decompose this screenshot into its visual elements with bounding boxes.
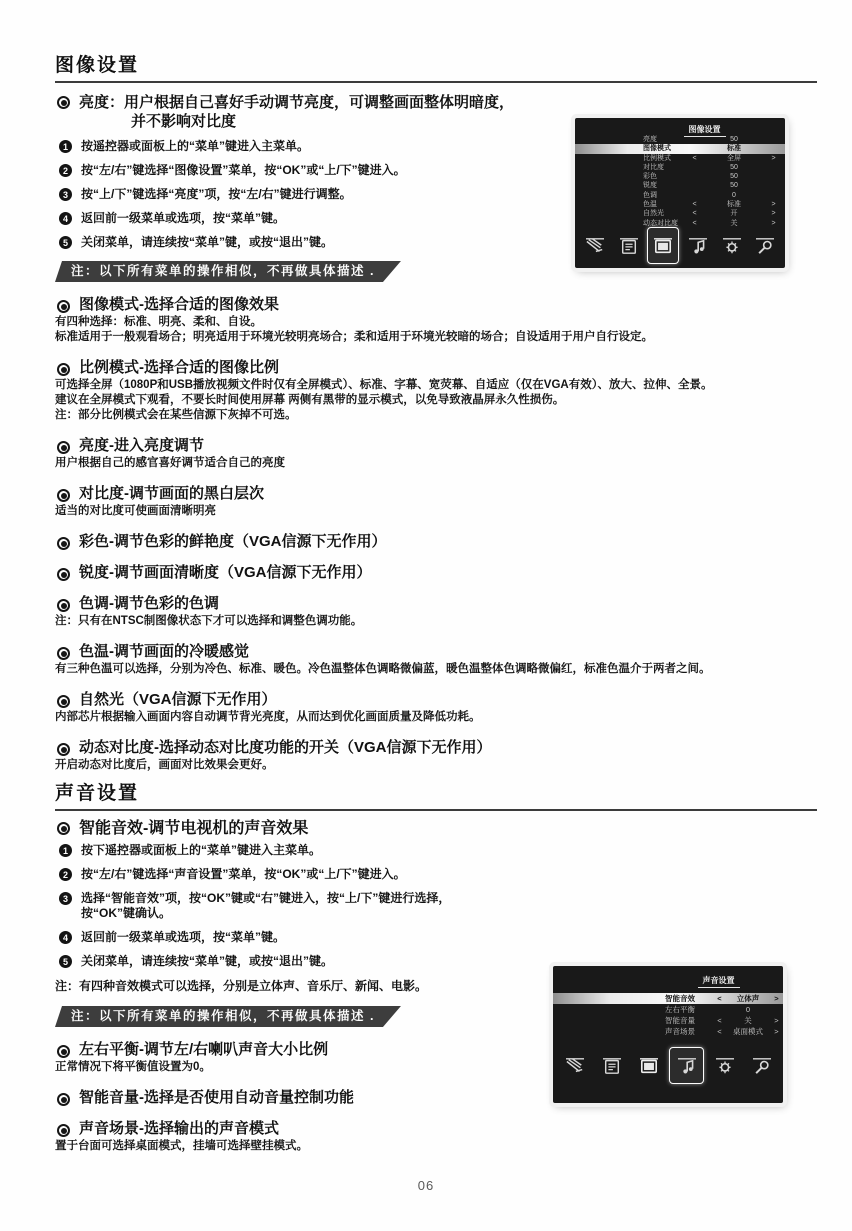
sound-osd-screenshot: 声音设置智能音效<立体声>左右平衡<0>智能音量<关>声音场景<桌面模式> <box>553 966 783 1103</box>
picture-icon <box>632 1047 665 1084</box>
step-item: 2按“左/右”键选择“声音设置”菜单，按“OK”或“上/下”键进入。 <box>59 867 817 882</box>
feature-desc: 标准适用于一般观看场合；明亮适用于环境光较明亮场合；柔和适用于环境光较暗的场合；… <box>55 330 817 345</box>
music-note-icon <box>669 1047 704 1084</box>
step-text: 按“左/右”键选择“图像设置”菜单，按“OK”或“上/下”键进入。 <box>81 163 406 178</box>
osd-icon-strip <box>558 1047 778 1084</box>
step-text: 返回前一级菜单或选项，按“菜单”键。 <box>81 930 285 945</box>
osd-row-value-text: 标准 <box>698 200 770 209</box>
feature-item: 彩色-调节色彩的鲜艳度（VGA信源下无作用） <box>55 534 817 550</box>
osd-icon-strip <box>580 227 780 264</box>
ring-bullet-icon <box>57 695 70 708</box>
osd-row-value: <50> <box>691 135 777 144</box>
osd-title: 声音设置 <box>671 975 766 988</box>
step-item: 1按下遥控器或面板上的“菜单”键进入主菜单。 <box>59 843 817 858</box>
feature-title-text: 图像模式-选择合适的图像效果 <box>79 297 279 313</box>
step-text: 按“上/下”键选择“亮度”项，按“左/右”键进行调整。 <box>81 187 352 202</box>
music-note-icon <box>683 227 713 264</box>
ring-bullet-icon <box>57 743 70 756</box>
step-number-badge: 3 <box>59 188 72 201</box>
step-item: 4返回前一级菜单或选项，按“菜单”键。 <box>59 930 817 945</box>
osd-row-label: 自然光 <box>643 209 664 218</box>
feature-desc: 适当的对比度可使画面清晰明亮 <box>55 504 817 519</box>
osd-row-value-text: 关 <box>723 1015 773 1026</box>
smart-sound-heading: 智能音效-调节电视机的声音效果 <box>57 819 817 839</box>
magnifier-icon <box>745 1047 778 1084</box>
osd-row-label: 智能音效 <box>665 993 695 1004</box>
feature-desc: 注：部分比例模式会在某些信源下灰掉不可选。 <box>55 408 817 423</box>
osd-row-value-text: 立体声 <box>723 993 773 1004</box>
feature-title-text: 色温-调节画面的冷暖感觉 <box>79 644 249 660</box>
osd-row: 比例模式<全屏> <box>575 154 785 163</box>
feature-desc: 有三种色温可以选择，分别为冷色、标准、暖色。冷色温整体色调略微偏蓝，暖色温整体色… <box>55 662 817 677</box>
osd-row-value-text: 50 <box>698 181 770 190</box>
osd-row-label: 色温 <box>643 200 657 209</box>
page-number: 06 <box>0 1178 852 1193</box>
step-text: 按“左/右”键选择“声音设置”菜单，按“OK”或“上/下”键进入。 <box>81 867 406 882</box>
step-line: 按“左/右”键选择“声音设置”菜单，按“OK”或“上/下”键进入。 <box>81 867 406 882</box>
feature-title: 动态对比度-选择动态对比度功能的开关（VGA信源下无作用） <box>57 740 817 756</box>
left-arrow-icon: < <box>716 1026 723 1037</box>
feature-title-text: 左右平衡-调节左/右喇叭声音大小比例 <box>79 1042 328 1058</box>
feature-title: 自然光（VGA信源下无作用） <box>57 692 817 708</box>
osd-row: 自然光<开> <box>575 209 785 218</box>
step-text: 按遥控器或面板上的“菜单”键进入主菜单。 <box>81 139 309 154</box>
osd-row: 对比度<50> <box>575 163 785 172</box>
feature-item: 动态对比度-选择动态对比度功能的开关（VGA信源下无作用）开启动态对比度后，画面… <box>55 740 817 773</box>
step-line: 按“左/右”键选择“图像设置”菜单，按“OK”或“上/下”键进入。 <box>81 163 406 178</box>
step-line: 关闭菜单，请连续按“菜单”键，或按“退出”键。 <box>81 235 333 250</box>
feature-item: 声音场景-选择输出的声音模式置于台面可选择桌面模式，挂墙可选择壁挂模式。 <box>55 1121 817 1154</box>
step-text: 关闭菜单，请连续按“菜单”键，或按“退出”键。 <box>81 235 333 250</box>
osd-row-value: <50> <box>691 181 777 190</box>
osd-row-value-text: 开 <box>698 209 770 218</box>
osd-row-value: <标准> <box>691 200 777 209</box>
right-arrow-icon: > <box>770 209 777 218</box>
osd-row-value: <0> <box>691 191 777 200</box>
feature-desc: 注：只有在NTSC制图像状态下才可以选择和调整色调功能。 <box>55 614 817 629</box>
magnifier-icon <box>750 227 780 264</box>
feature-title: 色调-调节色彩的色调 <box>57 596 817 612</box>
right-arrow-icon: > <box>773 1015 780 1026</box>
step-number-badge: 5 <box>59 955 72 968</box>
osd-row-value: <全屏> <box>691 154 777 163</box>
osd-row-label: 色调 <box>643 191 657 200</box>
osd-row: 智能音效<立体声> <box>553 993 783 1004</box>
feature-desc: 建议在全屏模式下观看，不要长时间使用屏幕 两侧有黑带的显示模式，以免导致液晶屏永… <box>55 393 817 408</box>
step-number-badge: 4 <box>59 931 72 944</box>
step-number-badge: 2 <box>59 868 72 881</box>
sound-section-title: 声音设置 <box>55 784 817 811</box>
step-text: 按下遥控器或面板上的“菜单”键进入主菜单。 <box>81 843 321 858</box>
osd-menu: 亮度<50>图像模式<标准>比例模式<全屏>对比度<50>彩色<50>锐度<50… <box>575 135 785 228</box>
right-arrow-icon: > <box>773 993 780 1004</box>
osd-row-label: 左右平衡 <box>665 1004 695 1015</box>
gear-icon <box>708 1047 741 1084</box>
feature-title-text: 比例模式-选择合适的图像比例 <box>79 360 279 376</box>
ring-bullet-icon <box>57 1045 70 1058</box>
osd-row-value-text: 50 <box>698 163 770 172</box>
feature-desc: 置于台面可选择桌面模式，挂墙可选择壁挂模式。 <box>55 1139 817 1154</box>
osd-row-label: 图像模式 <box>643 144 671 153</box>
osd-row: 智能音量<关> <box>553 1015 783 1026</box>
feature-title: 亮度-进入亮度调节 <box>57 438 817 454</box>
osd-row-value: <关> <box>716 1015 780 1026</box>
gear-icon <box>717 227 747 264</box>
feature-item: 比例模式-选择合适的图像比例可选择全屏（1080P和USB播放视频文件时仅有全屏… <box>55 360 817 423</box>
osd-row-label: 智能音量 <box>665 1015 695 1026</box>
left-arrow-icon: < <box>691 200 698 209</box>
step-item: 3选择“智能音效”项，按“OK”键或“右”键进入，按“上/下”键进行选择，按“O… <box>59 891 817 921</box>
ring-bullet-icon <box>57 489 70 502</box>
ring-bullet-icon <box>57 300 70 313</box>
satellite-dish-icon <box>558 1047 591 1084</box>
osd-row-label: 比例模式 <box>643 154 671 163</box>
feature-item: 自然光（VGA信源下无作用）内部芯片根据输入画面内容自动调节背光亮度，从而达到优… <box>55 692 817 725</box>
right-arrow-icon: > <box>770 200 777 209</box>
ring-bullet-icon <box>57 568 70 581</box>
feature-title-text: 彩色-调节色彩的鲜艳度（VGA信源下无作用） <box>79 534 387 550</box>
osd-row: 色温<标准> <box>575 200 785 209</box>
program-list-icon <box>614 227 644 264</box>
step-line: 按遥控器或面板上的“菜单”键进入主菜单。 <box>81 139 309 154</box>
step-number-badge: 5 <box>59 236 72 249</box>
osd-row-value-text: 桌面模式 <box>723 1026 773 1037</box>
feature-item: 图像模式-选择合适的图像效果有四种选择：标准、明亮、柔和、自设。标准适用于一般观… <box>55 297 817 345</box>
left-arrow-icon: < <box>716 993 723 1004</box>
osd-row-value: <立体声> <box>716 993 780 1004</box>
feature-desc: 用户根据自己的感官喜好调节适合自己的亮度 <box>55 456 817 471</box>
feature-title: 图像模式-选择合适的图像效果 <box>57 297 817 313</box>
feature-title-text: 动态对比度-选择动态对比度功能的开关（VGA信源下无作用） <box>79 740 492 756</box>
osd-row-value: <桌面模式> <box>716 1026 780 1037</box>
manual-page: 图像设置 亮度：用户根据自己喜好手动调节亮度，可调整画面整体明暗度， 并不影响对… <box>0 0 852 1231</box>
osd-row-label: 对比度 <box>643 163 664 172</box>
feature-title-text: 锐度-调节画面清晰度（VGA信源下无作用） <box>79 565 372 581</box>
osd-row-value-text: 50 <box>698 172 770 181</box>
right-arrow-icon: > <box>773 1026 780 1037</box>
feature-item: 对比度-调节画面的黑白层次适当的对比度可使画面清晰明亮 <box>55 486 817 519</box>
osd-row-label: 亮度 <box>643 135 657 144</box>
feature-item: 亮度-进入亮度调节用户根据自己的感官喜好调节适合自己的亮度 <box>55 438 817 471</box>
intro-line-1: 亮度：用户根据自己喜好手动调节亮度，可调整画面整体明暗度， <box>79 94 514 111</box>
ring-bullet-icon <box>57 363 70 376</box>
step-number-badge: 4 <box>59 212 72 225</box>
feature-title-text: 自然光（VGA信源下无作用） <box>79 692 277 708</box>
left-arrow-icon: < <box>691 209 698 218</box>
osd-row-value: <50> <box>691 163 777 172</box>
step-line: 按“上/下”键选择“亮度”项，按“左/右”键进行调整。 <box>81 187 352 202</box>
picture-osd-screenshot: 图像设置亮度<50>图像模式<标准>比例模式<全屏>对比度<50>彩色<50>锐… <box>575 118 785 268</box>
step-number-badge: 2 <box>59 164 72 177</box>
feature-title-text: 智能音量-选择是否使用自动音量控制功能 <box>79 1090 354 1106</box>
left-arrow-icon: < <box>691 154 698 163</box>
ring-bullet-icon <box>57 647 70 660</box>
program-list-icon <box>595 1047 628 1084</box>
feature-desc: 可选择全屏（1080P和USB播放视频文件时仅有全屏模式）、标准、字幕、宽荧幕、… <box>55 378 817 393</box>
ring-bullet-icon <box>57 441 70 454</box>
ring-bullet-icon <box>57 822 70 835</box>
ring-bullet-icon <box>57 537 70 550</box>
feature-desc: 开启动态对比度后，画面对比效果会更好。 <box>55 758 817 773</box>
ring-bullet-icon <box>57 1093 70 1106</box>
step-text: 关闭菜单，请连续按“菜单”键，或按“退出”键。 <box>81 954 333 969</box>
step-text: 返回前一级菜单或选项，按“菜单”键。 <box>81 211 285 226</box>
osd-row-value-text: 50 <box>698 135 770 144</box>
intro-line-2: 并不影响对比度 <box>79 112 514 131</box>
feature-desc: 有四种选择：标准、明亮、柔和、自设。 <box>55 315 817 330</box>
feature-title: 锐度-调节画面清晰度（VGA信源下无作用） <box>57 565 817 581</box>
feature-title: 比例模式-选择合适的图像比例 <box>57 360 817 376</box>
feature-title-text: 色调-调节色彩的色调 <box>79 596 219 612</box>
osd-row: 色调<0> <box>575 191 785 200</box>
feature-desc: 内部芯片根据输入画面内容自动调节背光亮度，从而达到优化画面质量及降低功耗。 <box>55 710 817 725</box>
osd-row: 左右平衡<0> <box>553 1004 783 1015</box>
smart-sound-heading-text: 智能音效-调节电视机的声音效果 <box>79 819 308 839</box>
step-line: 按“OK”键确认。 <box>81 906 450 921</box>
feature-title: 彩色-调节色彩的鲜艳度（VGA信源下无作用） <box>57 534 817 550</box>
step-line: 返回前一级菜单或选项，按“菜单”键。 <box>81 930 285 945</box>
osd-row: 亮度<50> <box>575 135 785 144</box>
step-line: 按下遥控器或面板上的“菜单”键进入主菜单。 <box>81 843 321 858</box>
feature-title: 声音场景-选择输出的声音模式 <box>57 1121 817 1137</box>
step-number-badge: 3 <box>59 892 72 905</box>
step-number-badge: 1 <box>59 844 72 857</box>
brightness-intro-text: 亮度：用户根据自己喜好手动调节亮度，可调整画面整体明暗度， 并不影响对比度 <box>79 93 514 131</box>
satellite-dish-icon <box>580 227 610 264</box>
feature-title-text: 对比度-调节画面的黑白层次 <box>79 486 264 502</box>
osd-row-value: <标准> <box>691 144 777 153</box>
ring-bullet-icon <box>57 1124 70 1137</box>
osd-row-value-text: 标准 <box>698 144 770 153</box>
step-number-badge: 1 <box>59 140 72 153</box>
feature-title: 色温-调节画面的冷暖感觉 <box>57 644 817 660</box>
sound-steps-list: 1按下遥控器或面板上的“菜单”键进入主菜单。2按“左/右”键选择“声音设置”菜单… <box>55 843 817 969</box>
osd-menu: 智能音效<立体声>左右平衡<0>智能音量<关>声音场景<桌面模式> <box>553 993 783 1037</box>
step-text: 选择“智能音效”项，按“OK”键或“右”键进入，按“上/下”键进行选择，按“OK… <box>81 891 450 921</box>
osd-row-value: <0> <box>716 1004 780 1015</box>
picture-icon <box>647 227 679 264</box>
osd-row-value-text: 0 <box>723 1004 773 1015</box>
osd-row-label: 彩色 <box>643 172 657 181</box>
picture-feature-list: 图像模式-选择合适的图像效果有四种选择：标准、明亮、柔和、自设。标准适用于一般观… <box>55 297 817 773</box>
osd-row-value-text: 0 <box>698 191 770 200</box>
step-line: 返回前一级菜单或选项，按“菜单”键。 <box>81 211 285 226</box>
feature-item: 色调-调节色彩的色调注：只有在NTSC制图像状态下才可以选择和调整色调功能。 <box>55 596 817 629</box>
osd-row: 锐度<50> <box>575 181 785 190</box>
note-ribbon: 注：以下所有菜单的操作相似，不再做具体描述 . <box>55 261 401 282</box>
osd-row-value-text: 全屏 <box>698 154 770 163</box>
osd-row-label: 锐度 <box>643 181 657 190</box>
ring-bullet-icon <box>57 96 70 109</box>
osd-row: 彩色<50> <box>575 172 785 181</box>
feature-title-text: 亮度-进入亮度调节 <box>79 438 204 454</box>
note-ribbon: 注：以下所有菜单的操作相似，不再做具体描述 . <box>55 1006 401 1027</box>
picture-section-title: 图像设置 <box>55 56 817 83</box>
ring-bullet-icon <box>57 599 70 612</box>
feature-item: 锐度-调节画面清晰度（VGA信源下无作用） <box>55 565 817 581</box>
osd-row-label: 声音场景 <box>665 1026 695 1037</box>
feature-title: 对比度-调节画面的黑白层次 <box>57 486 817 502</box>
feature-title-text: 声音场景-选择输出的声音模式 <box>79 1121 279 1137</box>
osd-row-value: <开> <box>691 209 777 218</box>
osd-row-value: <50> <box>691 172 777 181</box>
left-arrow-icon: < <box>716 1015 723 1026</box>
feature-item: 色温-调节画面的冷暖感觉有三种色温可以选择，分别为冷色、标准、暖色。冷色温整体色… <box>55 644 817 677</box>
step-line: 选择“智能音效”项，按“OK”键或“右”键进入，按“上/下”键进行选择， <box>81 891 450 906</box>
osd-row: 声音场景<桌面模式> <box>553 1026 783 1037</box>
right-arrow-icon: > <box>770 154 777 163</box>
osd-row: 图像模式<标准> <box>575 144 785 153</box>
step-line: 关闭菜单，请连续按“菜单”键，或按“退出”键。 <box>81 954 333 969</box>
